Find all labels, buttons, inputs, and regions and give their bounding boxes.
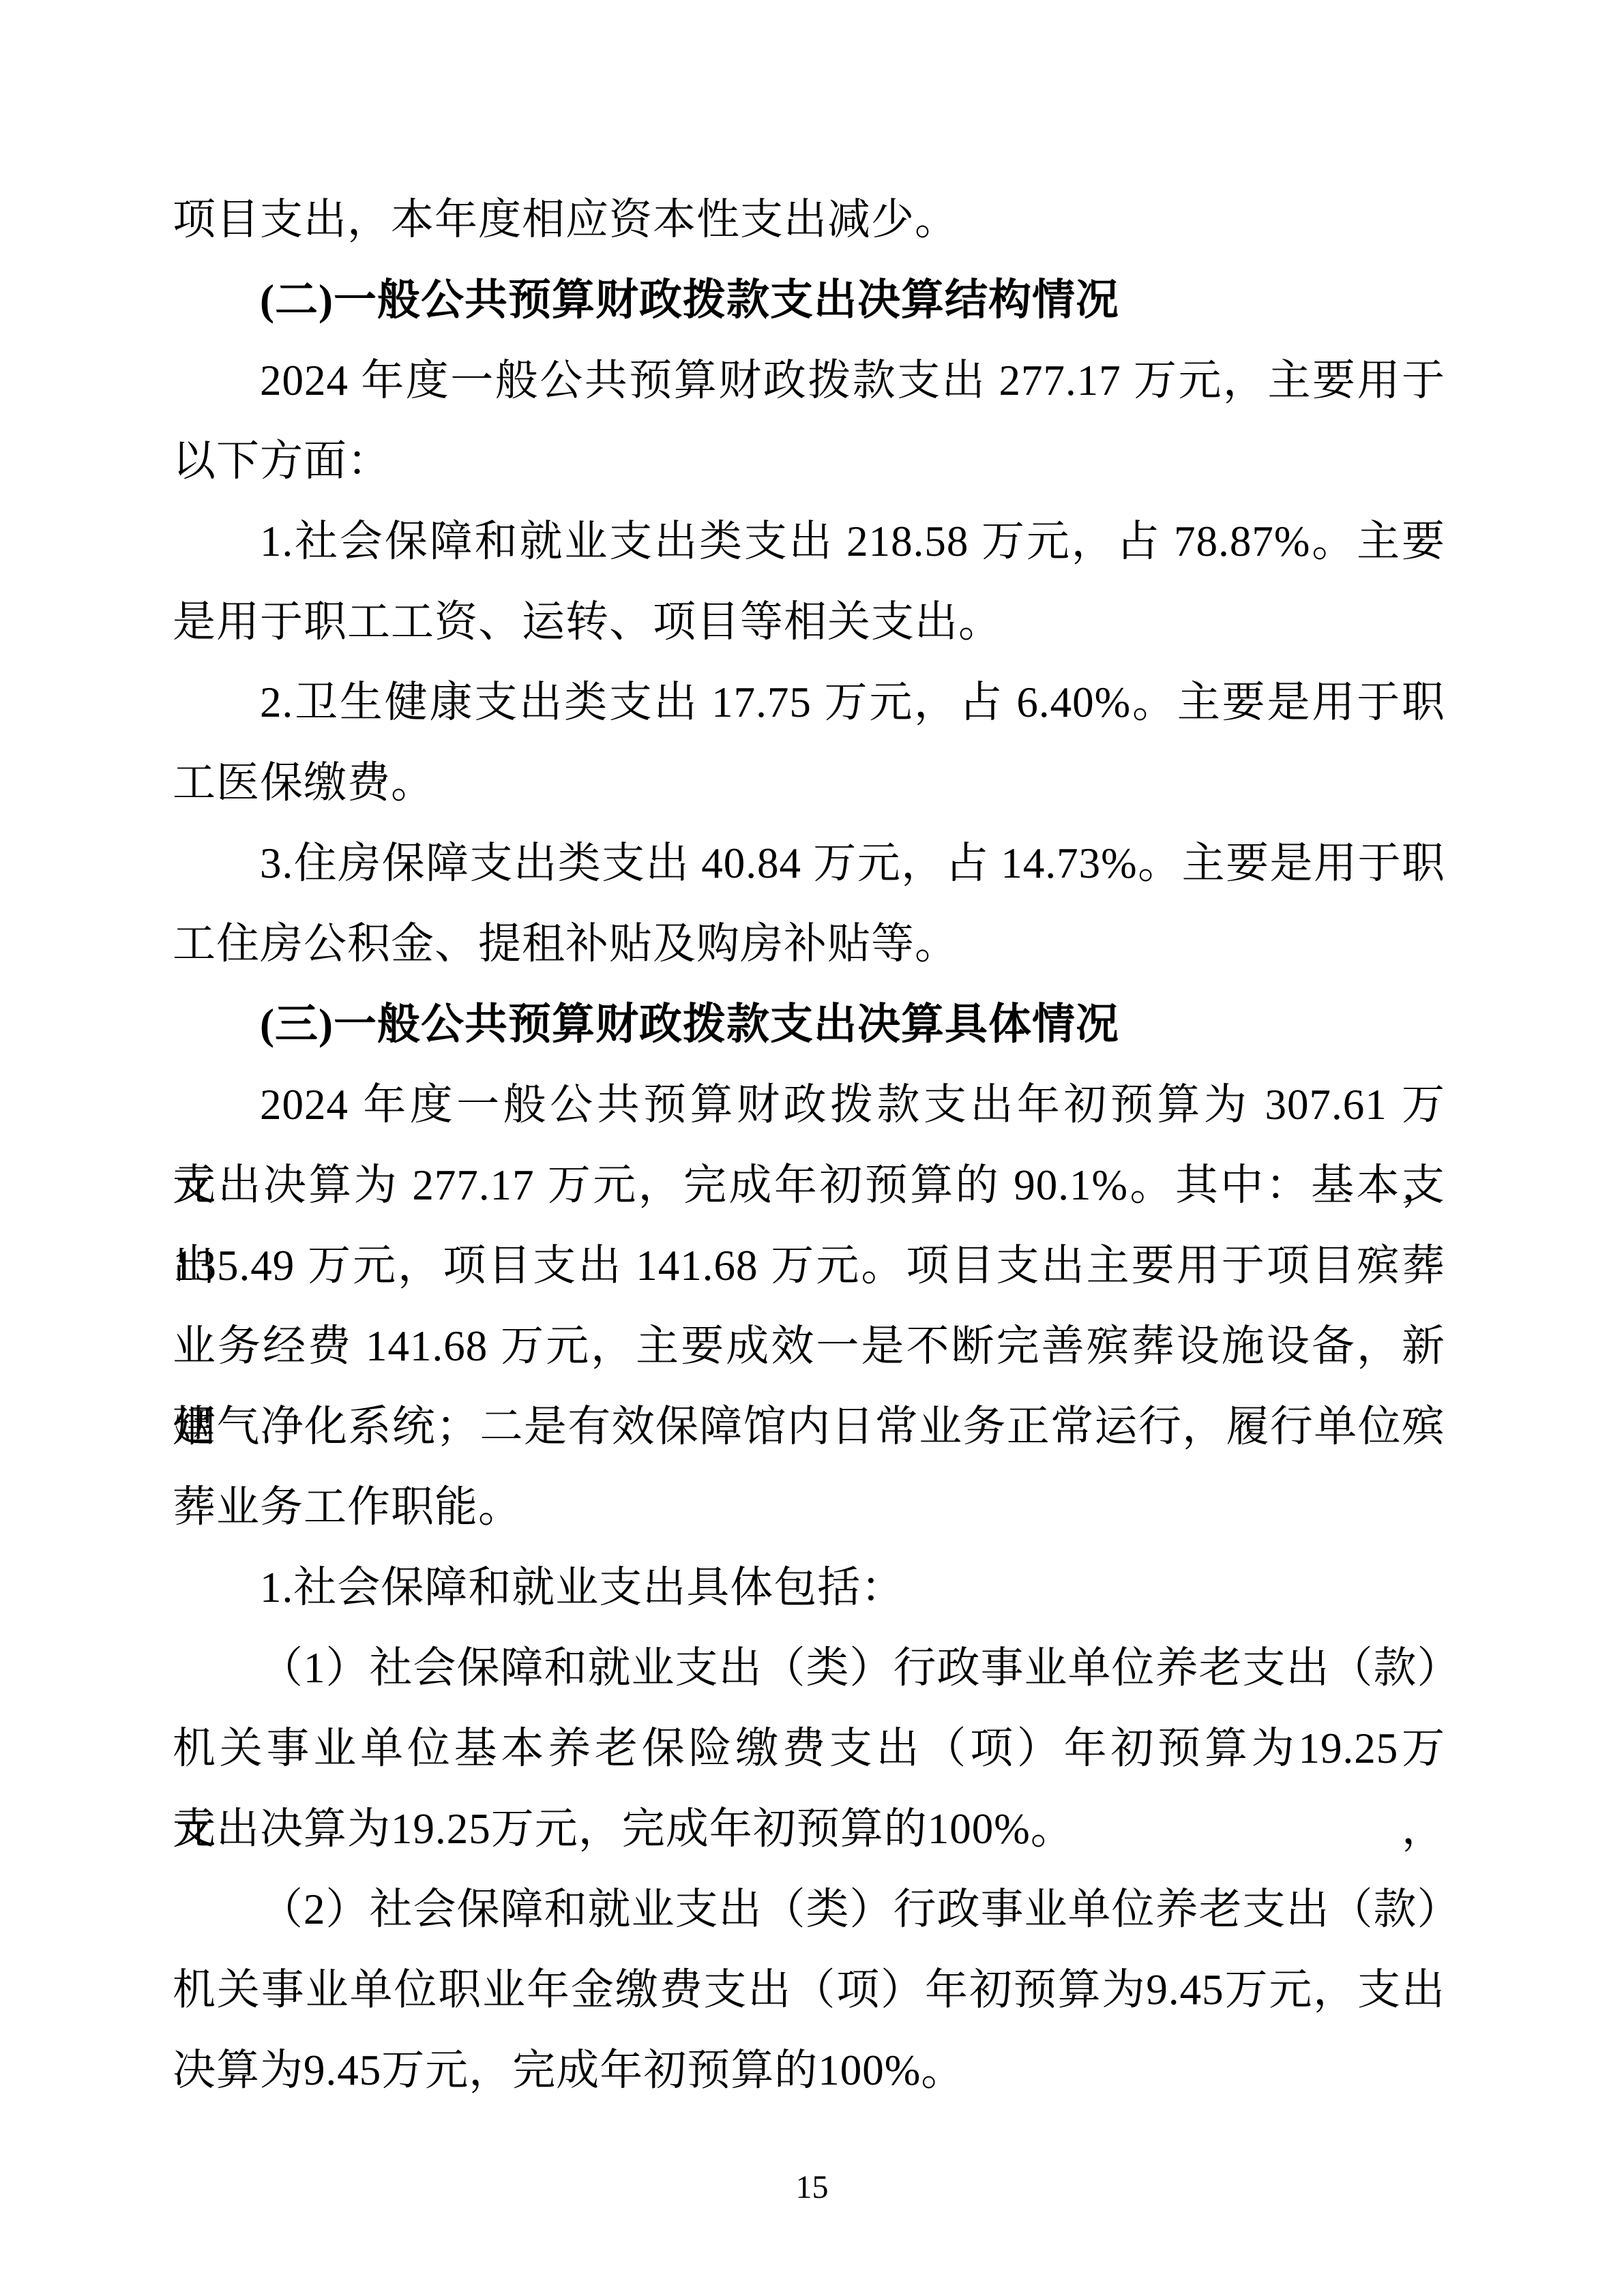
paragraph-line: 支出决算为 277.17 万元，完成年初预算的 90.1%。其中：基本支出 (173, 1145, 1445, 1225)
paragraph-line: 2024 年度一般公共预算财政拨款支出 277.17 万元，主要用于 (173, 340, 1445, 421)
paragraph-line: 烟气净化系统；二是有效保障馆内日常业务正常运行，履行单位殡 (173, 1386, 1445, 1467)
section-heading-line: (三)一般公共预算财政拨款支出决算具体情况 (173, 984, 1445, 1064)
paragraph-line: （1）社会保障和就业支出（类）行政事业单位养老支出（款） (173, 1628, 1445, 1708)
page-number: 15 (0, 2167, 1624, 2208)
paragraph-line: 葬业务工作职能。 (173, 1467, 1445, 1547)
paragraph-line: 决算为9.45万元，完成年初预算的100%。 (173, 2030, 1445, 2111)
paragraph-line: 业务经费 141.68 万元，主要成效一是不断完善殡葬设施设备，新建 (173, 1306, 1445, 1386)
paragraph-line: 机关事业单位职业年金缴费支出（项）年初预算为9.45万元，支出 (173, 1950, 1445, 2030)
paragraph-line: （2）社会保障和就业支出（类）行政事业单位养老支出（款） (173, 1869, 1445, 1950)
paragraph-line: 1.社会保障和就业支出具体包括： (173, 1547, 1445, 1628)
document-page: 项目支出，本年度相应资本性支出减少。 (二)一般公共预算财政拨款支出决算结构情况… (0, 0, 1624, 2296)
paragraph-line: 135.49 万元，项目支出 141.68 万元。项目支出主要用于项目殡葬 (173, 1225, 1445, 1306)
paragraph-line: 1.社会保障和就业支出类支出 218.58 万元，占 78.87%。主要 (173, 501, 1445, 582)
paragraph-line: 2024 年度一般公共预算财政拨款支出年初预算为 307.61 万元， (173, 1064, 1445, 1145)
paragraph-line: 工住房公积金、提租补贴及购房补贴等。 (173, 904, 1445, 984)
paragraph-line: 工医保缴费。 (173, 743, 1445, 823)
paragraph-line: 2.卫生健康支出类支出 17.75 万元，占 6.40%。主要是用于职 (173, 662, 1445, 743)
paragraph-line: 以下方面： (173, 421, 1445, 501)
document-body: 项目支出，本年度相应资本性支出减少。 (二)一般公共预算财政拨款支出决算结构情况… (173, 179, 1445, 2111)
paragraph-line: 项目支出，本年度相应资本性支出减少。 (173, 179, 1445, 260)
paragraph-line: 3.住房保障支出类支出 40.84 万元，占 14.73%。主要是用于职 (173, 823, 1445, 904)
paragraph-line: 是用于职工工资、运转、项目等相关支出。 (173, 582, 1445, 662)
section-heading-line: (二)一般公共预算财政拨款支出决算结构情况 (173, 260, 1445, 340)
paragraph-line: 机关事业单位基本养老保险缴费支出（项）年初预算为19.25万元， (173, 1708, 1445, 1789)
